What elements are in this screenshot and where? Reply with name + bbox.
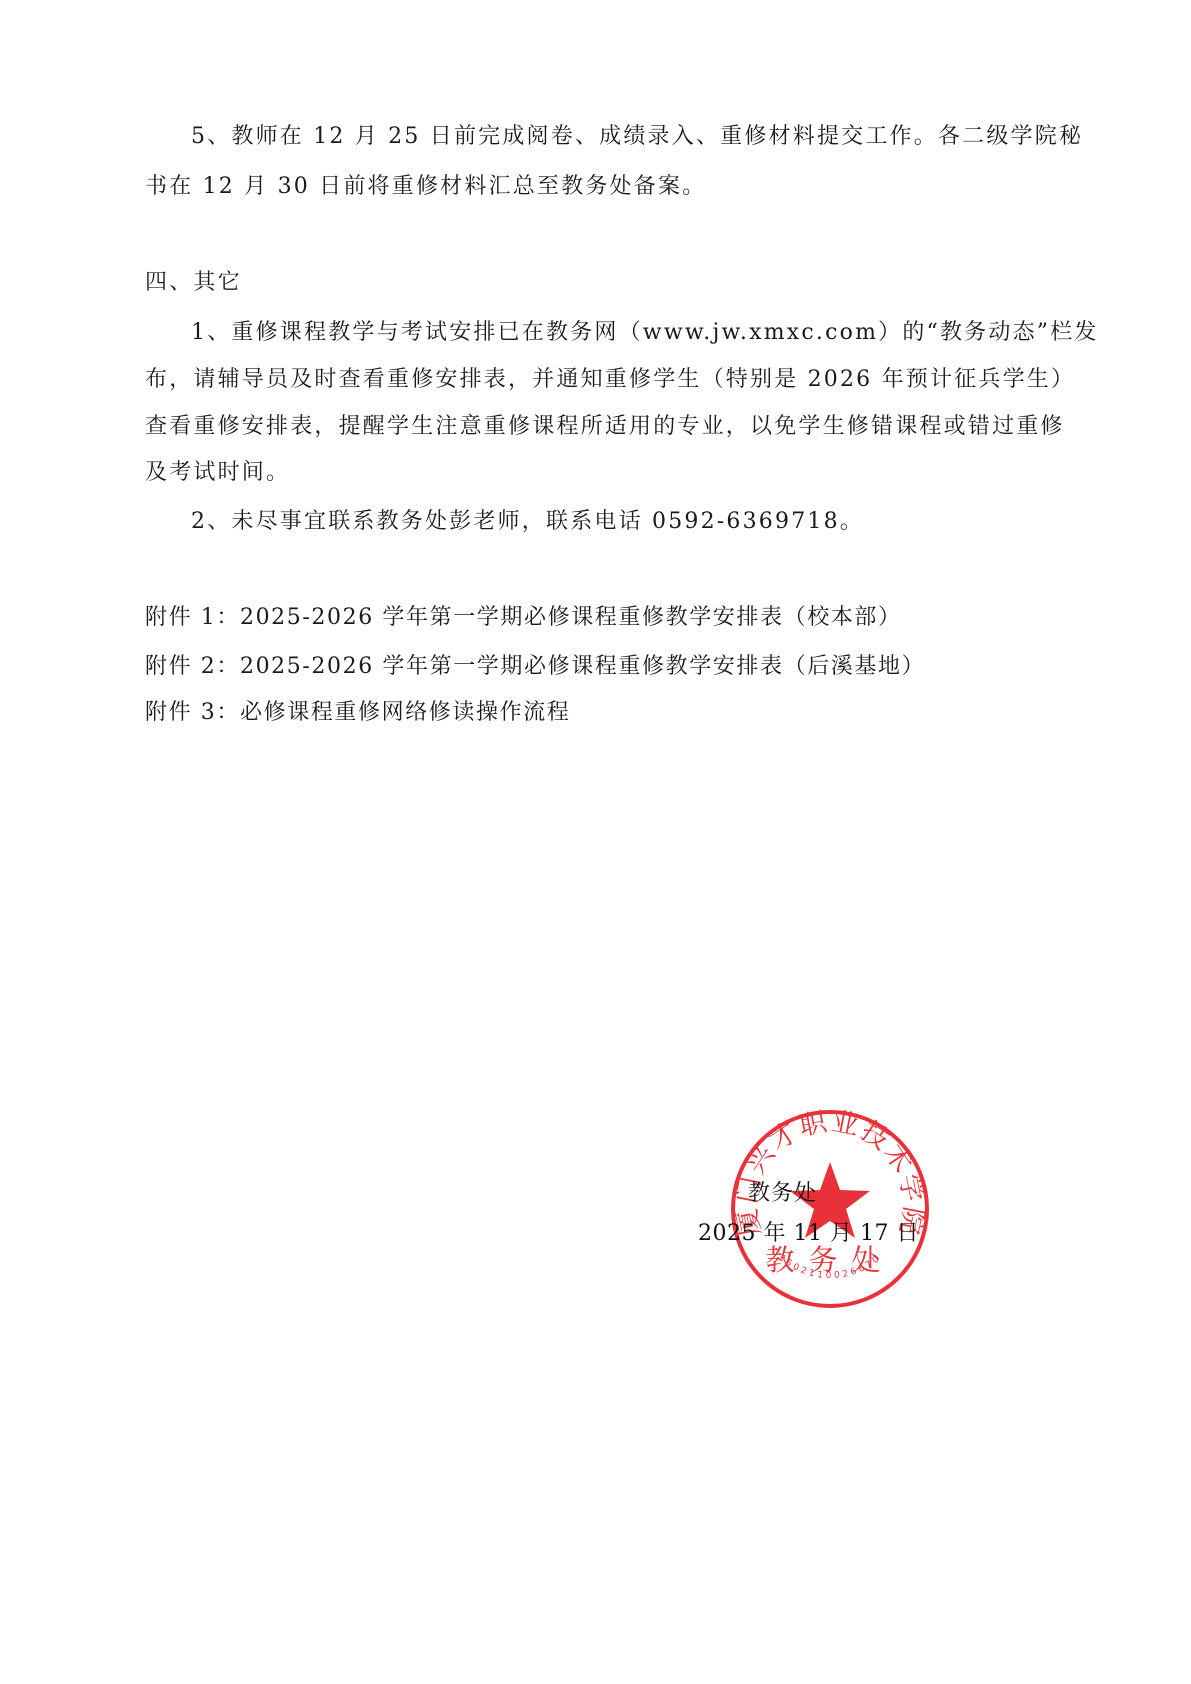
section-heading-other: 四、其它 (145, 270, 242, 296)
attachment-3: 附件 3：必修课程重修网络修读操作流程 (145, 700, 570, 726)
signature-date: 2025 年 11 月 17 日 (698, 1221, 919, 1247)
signature-department: 教务处 (748, 1181, 817, 1207)
paragraph-item1-line4: 及考试时间。 (145, 460, 290, 486)
attachment-1: 附件 1：2025-2026 学年第一学期必修课程重修教学安排表（校本部） (145, 605, 902, 631)
paragraph-item2-line1: 2、未尽事宜联系教务处彭老师，联系电话 0592-6369718。 (191, 509, 864, 535)
paragraph-item1-line3: 查看重修安排表，提醒学生注意重修课程所适用的专业，以免学生修错课程或错过重修 (145, 414, 1053, 440)
paragraph-item1-line1: 1、重修课程教学与考试安排已在教务网（www.jw.xmxc.com）的“教务动… (191, 320, 1053, 346)
document-page: 5、教师在 12 月 25 日前完成阅卷、成绩录入、重修材料提交工作。各二级学院… (0, 0, 1191, 1684)
paragraph-item1-line2: 布，请辅导员及时查看重修安排表，并通知重修学生（特别是 2026 年预计征兵学生… (145, 367, 1027, 393)
paragraph-item5-line1: 5、教师在 12 月 25 日前完成阅卷、成绩录入、重修材料提交工作。各二级学院… (191, 124, 1053, 150)
official-seal: 厦门兴才职业技术学院 教务处 3502110026670 (729, 1108, 931, 1310)
attachment-2: 附件 2：2025-2026 学年第一学期必修课程重修教学安排表（后溪基地） (145, 654, 925, 680)
paragraph-item5-line2: 书在 12 月 30 日前将重修材料汇总至教务处备案。 (145, 174, 706, 200)
